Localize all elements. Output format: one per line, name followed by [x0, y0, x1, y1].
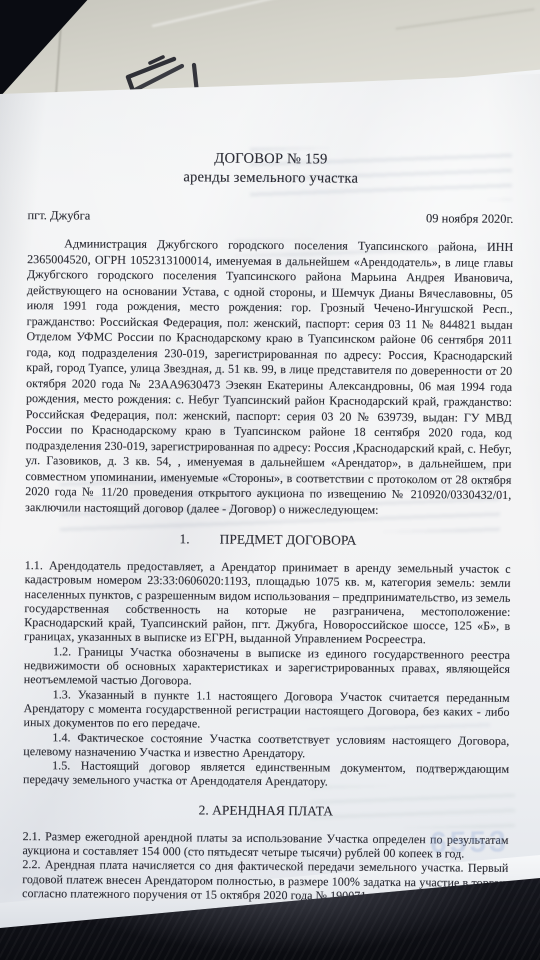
section-1-title: ПРЕДМЕТ ДОГОВОРА — [220, 532, 357, 549]
clause-1-5: 1.5. Настоящий договор является единстве… — [23, 758, 509, 790]
section-1-heading: 1. ПРЕДМЕТ ДОГОВОРА — [25, 530, 511, 550]
underlay-crease — [396, 8, 535, 29]
clause-1-2: 1.2. Границы Участка обозначены в выписк… — [24, 644, 510, 691]
place-label: пгт. Джубга — [27, 208, 90, 223]
clause-1-3: 1.3. Указанный в пункте 1.1 настоящего Д… — [23, 687, 509, 734]
document-title: ДОГОВОР № 159 аренды земельного участка — [28, 148, 514, 190]
contract-text: ДОГОВОР № 159 аренды земельного участка … — [22, 148, 514, 904]
intro-paragraph: Администрация Джубгского городского посе… — [25, 236, 513, 519]
section-1-number: 1. — [179, 531, 189, 547]
photo-watermark: 6553 — [430, 825, 509, 860]
clause-1-1: 1.1. Арендодатель предоставляет, а Аренд… — [24, 558, 511, 648]
document-photo: ДОГОВОР № 159 аренды земельного участка … — [0, 0, 540, 960]
clause-1-4: 1.4. Фактическое состояние Участка соотв… — [23, 730, 509, 762]
title-subject-line: аренды земельного участка — [28, 167, 514, 190]
place-date-row: пгт. Джубга 09 ноября 2020г. — [27, 208, 513, 227]
section-2-heading: 2. АРЕНДНАЯ ПЛАТА — [23, 801, 509, 821]
date-label: 09 ноября 2020г. — [426, 211, 514, 227]
underlay-crease — [152, 0, 318, 27]
